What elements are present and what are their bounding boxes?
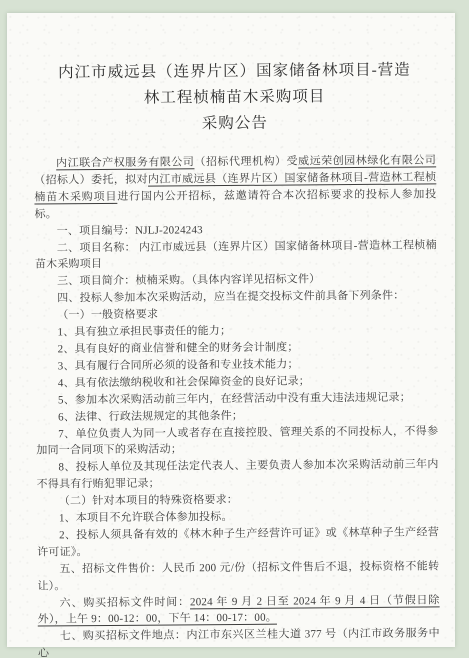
paragraph: 五、招标文件售价：人民币 200 元/份（招标文件售后不退，投标资格不能转让）。	[37, 558, 439, 595]
document-title: 内江市威远县（连界片区）国家储备林项目-营造 林工程桢楠苗木采购项目 采购公告	[33, 57, 436, 138]
paragraph: 六、购买招标文件时间：2024 年 9 月 2 日至 2024 年 9 月 4 …	[38, 592, 440, 629]
text-run: 7、单位负责人为同一人或者存在直接控股、管理关系的不同投标人，不得参加同一合同项…	[36, 425, 438, 457]
paragraph: 5、参加本次采购活动前三年内，在经营活动中没有重大违法违规记录；	[36, 389, 438, 409]
text-run: 1、本项目不允许联合体参加投标。	[59, 511, 233, 524]
text-run: 六、购买招标文件时间：	[60, 596, 190, 609]
text-run: 2、具有良好的商业信誉和健全的财务会计制度；	[58, 341, 299, 355]
title-line: 林工程桢楠苗木采购项目	[34, 83, 436, 112]
text-run: （招标代理机构）受	[194, 155, 298, 168]
paragraph: 二、项目名称： 内江市威远县（连界片区）国家储备林项目-营造林工程桢楠苗木采购项…	[35, 237, 437, 274]
paragraph: 七、购买招标文件地点：内江市东兴区兰桂大道 377 号（内江市政务服务中心	[38, 626, 440, 658]
paragraph: 2、投标人须具备有效的《林木种子生产经营许可证》或《林草种子生产经营许可证》。	[37, 524, 439, 561]
underlined-text: 威远荣创园林绿化有限公司	[298, 154, 436, 167]
paragraph: 四、投标人参加本次采购活动，应当在提交投标文件前具备下列条件：	[35, 288, 437, 308]
text-run: 4、具有依法缴纳税收和社会保障资金的良好记录；	[58, 375, 310, 389]
text-run: 二、项目名称： 内江市威远县（连界片区）国家储备林项目-营造林工程桢楠苗木采购项…	[35, 239, 437, 271]
text-run: 2、投标人须具备有效的《林木种子生产经营许可证》或《林草种子生产经营许可证》。	[37, 526, 439, 558]
paragraph: 8、投标人单位及其现任法定代表人、主要负责人参加本次采购活动前三年内不得具有行贿…	[36, 457, 438, 494]
text-run: 四、投标人参加本次采购活动，应当在提交投标文件前具备下列条件：	[57, 290, 404, 305]
document-body: 内江联合产权服务有限公司（招标代理机构）受威远荣创园林绿化有限公司（招标人）委托…	[34, 152, 440, 658]
text-run: 8、投标人单位及其现任法定代表人、主要负责人参加本次采购活动前三年内不得具有行贿…	[37, 459, 439, 491]
text-run: 6、法律、行政法规规定的其他条件；	[58, 410, 243, 423]
text-run: （二）针对本项目的特殊资格要求：	[59, 494, 238, 507]
text-run: （招标人）委托，拟对	[34, 174, 148, 187]
text-run: 七、购买招标文件地点：内江市东兴区兰桂大道 377 号（内江市政务服务中心	[38, 628, 440, 658]
text-run: 1、具有独立承担民事责任的能力；	[57, 325, 231, 338]
text-run: 五、招标文件售价：人民币 200 元/份（招标文件售后不退，投标资格不能转让）。	[37, 560, 439, 592]
underlined-text: 内江联合产权服务有限公司	[56, 156, 194, 169]
paragraph: 内江联合产权服务有限公司（招标代理机构）受威远荣创园林绿化有限公司（招标人）委托…	[34, 152, 437, 223]
text-run: 5、参加本次采购活动前三年内，在经营活动中没有重大违法违规记录；	[58, 391, 411, 406]
text-run: 3、具有履行合同所必须的设备和专业技术能力；	[58, 358, 299, 372]
title-line: 采购公告	[34, 109, 436, 138]
scan-background: { "scan": { "background_color": "#d7e2d3…	[0, 0, 469, 658]
title-line: 内江市威远县（连界片区）国家储备林项目-营造	[33, 57, 435, 86]
scanned-paper: 内江市威远县（连界片区）国家储备林项目-营造 林工程桢楠苗木采购项目 采购公告 …	[7, 13, 455, 647]
document-content: 内江市威远县（连界片区）国家储备林项目-营造 林工程桢楠苗木采购项目 采购公告 …	[5, 11, 458, 658]
paragraph: 7、单位负责人为同一人或者存在直接控股、管理关系的不同投标人，不得参加同一合同项…	[36, 423, 438, 460]
text-run: 一、项目编号：NJLJ-2024243	[57, 224, 203, 237]
text-run: 三、项目简介：桢楠采购。（具体内容详见招标文件）	[57, 274, 320, 288]
text-run: （一）一般资格要求	[57, 309, 158, 322]
